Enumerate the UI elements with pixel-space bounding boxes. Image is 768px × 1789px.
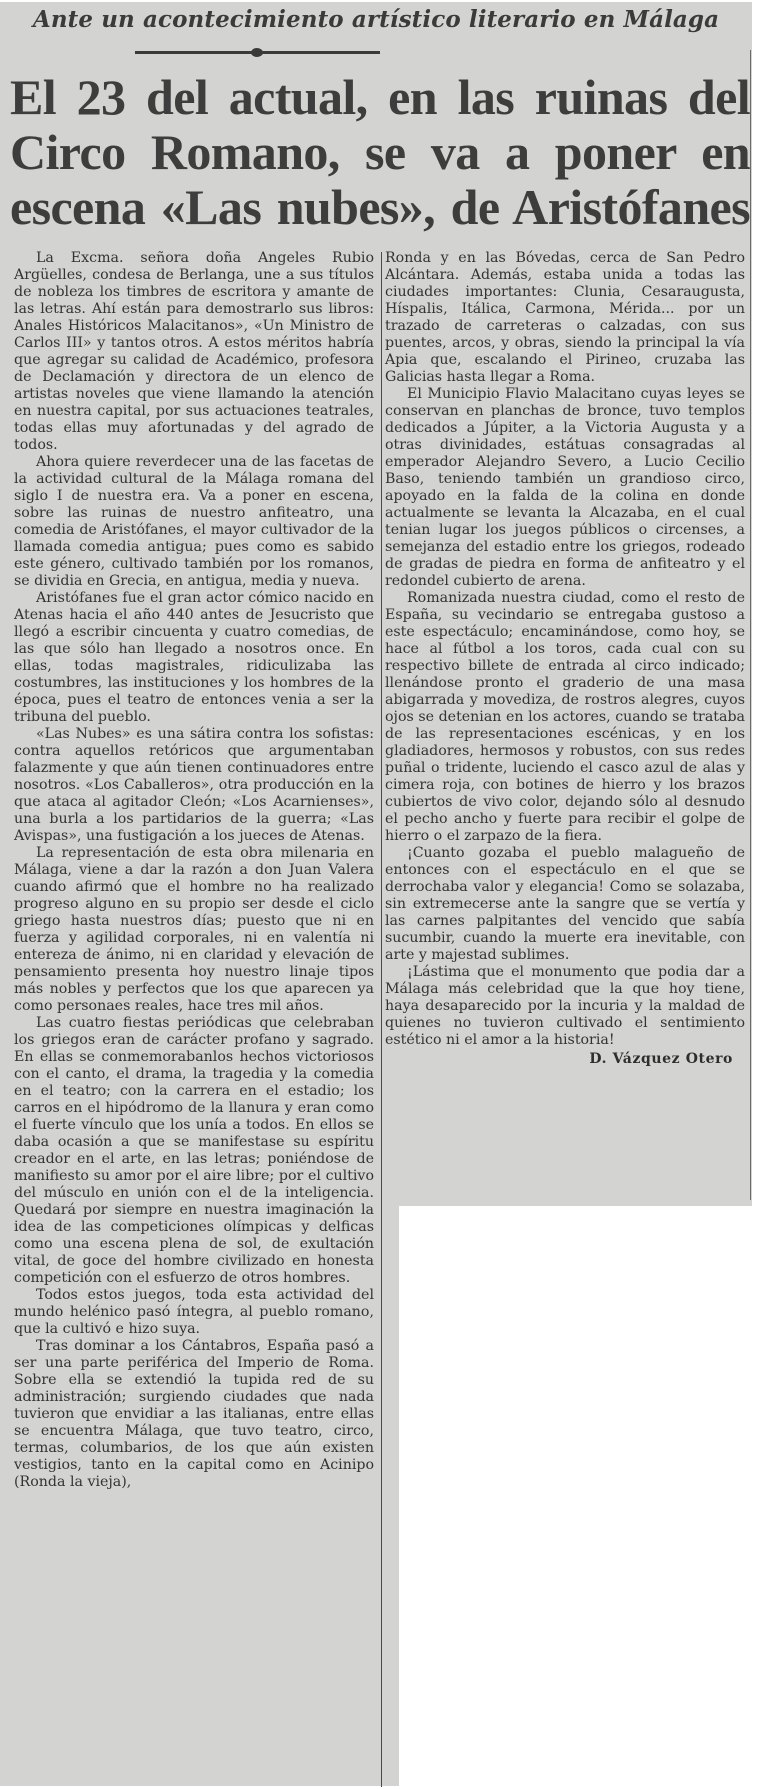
- paragraph: Tras dominar a los Cántabros, España pas…: [14, 1338, 374, 1491]
- headline-line: escena «Las nubes», de Aristófanes: [10, 180, 750, 235]
- article-kicker: Ante un acontecimiento artístico literar…: [0, 6, 752, 33]
- headline-line: El 23 del actual, en las ruinas del: [10, 70, 750, 125]
- author-signature: D. Vázquez Otero: [385, 1051, 745, 1068]
- paragraph: Ronda y en las Bóvedas, cerca de San Ped…: [385, 250, 745, 386]
- paragraph: El Municipio Flavio Malacitano cuyas ley…: [385, 386, 745, 590]
- paragraph: Las cuatro fiestas periódicas que celebr…: [14, 1015, 374, 1287]
- left-column: La Excma. señora doña Angeles Rubio Argü…: [14, 250, 374, 1491]
- headline-line: Circo Romano, se va a poner en: [10, 125, 750, 180]
- paragraph: La representación de esta obra milenaria…: [14, 845, 374, 1015]
- clipping-edge-line: [750, 50, 751, 1200]
- column-divider: [381, 252, 382, 1787]
- paragraph: Ahora quiere reverdecer una de las facet…: [14, 454, 374, 590]
- paragraph: La Excma. señora doña Angeles Rubio Argü…: [14, 250, 374, 454]
- right-column: Ronda y en las Bóvedas, cerca de San Ped…: [385, 250, 745, 1068]
- paragraph: ¡Cuanto gozaba el pueblo malagueño de en…: [385, 845, 745, 964]
- paragraph: Aristófanes fue el gran actor cómico nac…: [14, 590, 374, 726]
- paragraph: Todos estos juegos, toda esta actividad …: [14, 1287, 374, 1338]
- paragraph: ¡Lástima que el monumento que podia dar …: [385, 964, 745, 1049]
- paragraph: Romanizada nuestra ciudad, como el resto…: [385, 590, 745, 845]
- ornamental-rule: [135, 51, 380, 54]
- paragraph: «Las Nubes» es una sátira contra los sof…: [14, 726, 374, 845]
- article-headline: El 23 del actual, en las ruinas del Circ…: [10, 70, 750, 235]
